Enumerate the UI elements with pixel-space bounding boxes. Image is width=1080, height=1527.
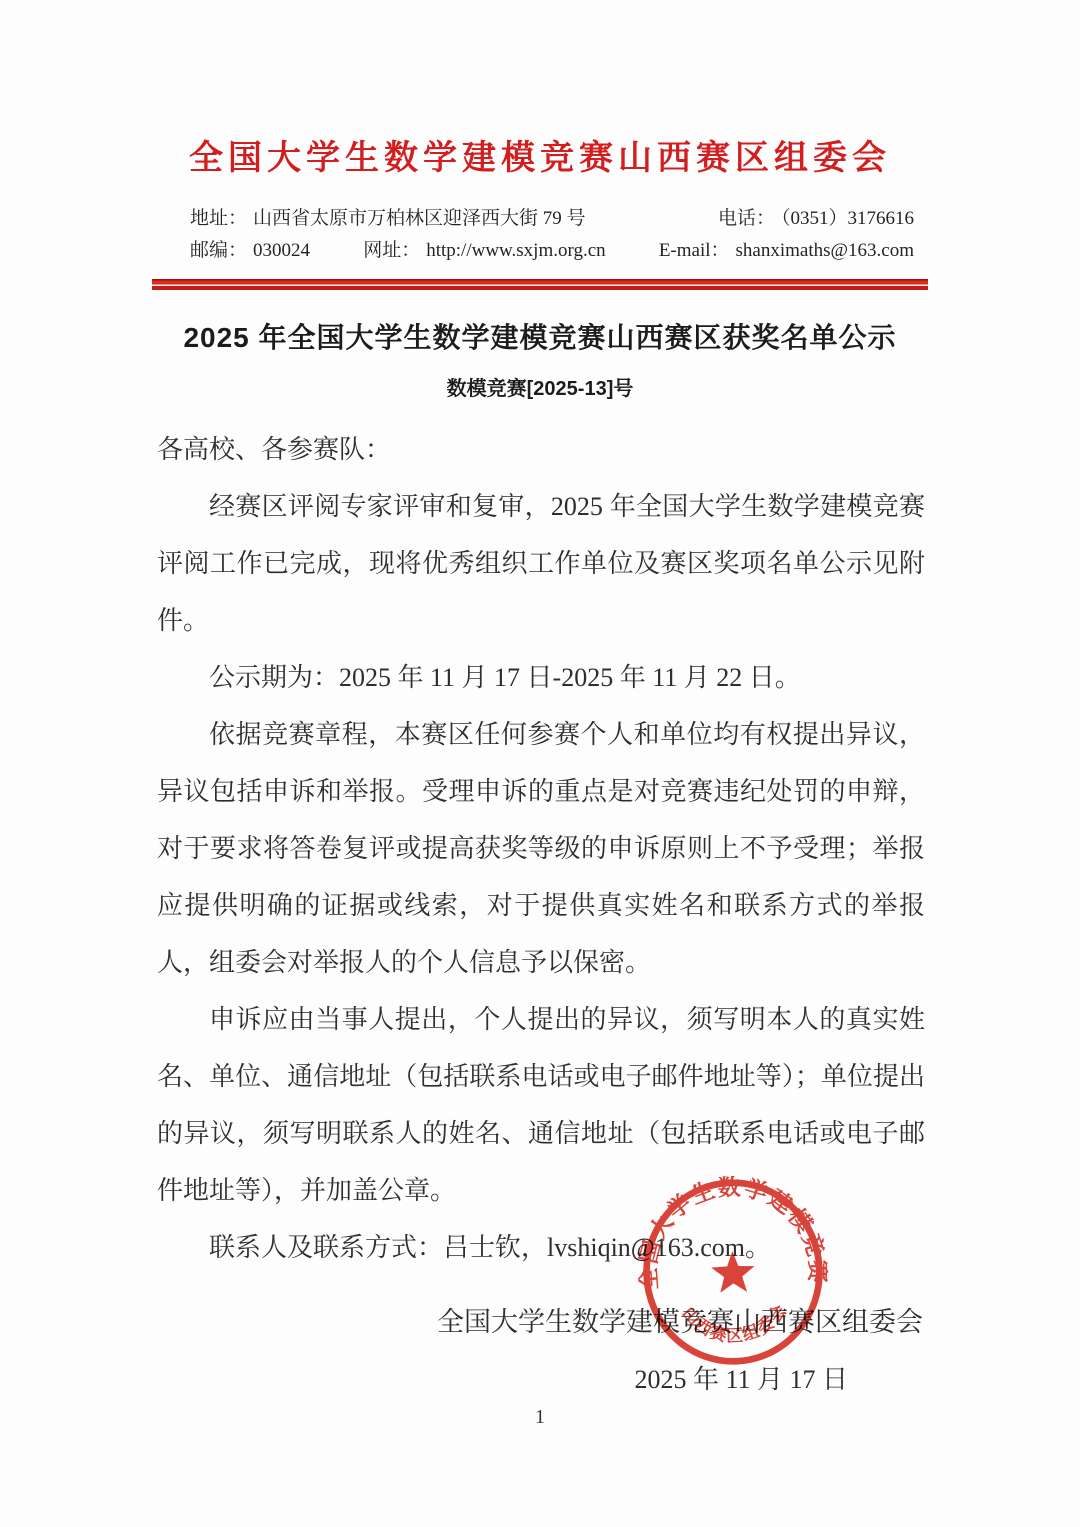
website-line: 网址：http://www.sxjm.org.cn (363, 235, 605, 267)
document-number: 数模竞赛[2025-13]号 (0, 372, 1080, 401)
org-title: 全国大学生数学建模竞赛山西赛区组委会 (0, 130, 1080, 179)
website-value: http://www.sxjm.org.cn (426, 240, 605, 261)
address-label: 地址： (190, 208, 247, 229)
document-body: 各高校、各参赛队： 经赛区评阅专家评审和复审，2025 年全国大学生数学建模竞赛… (157, 421, 925, 1276)
paragraph-objection-rules: 依据竞赛章程，本赛区任何参赛个人和单位均有权提出异议，异议包括申诉和举报。受理申… (157, 706, 925, 991)
paragraph-contact: 联系人及联系方式：吕士钦，lvshiqin@163.com。 (157, 1219, 925, 1276)
website-label: 网址： (363, 240, 420, 261)
signature-org: 全国大学生数学建模竞赛山西赛区组委会 (0, 1302, 1080, 1342)
postcode-label: 邮编： (190, 240, 247, 261)
contact-row-1: 地址：山西省太原市万柏林区迎泽西大街 79 号 电话：（0351）3176616 (190, 203, 914, 235)
address-value: 山西省太原市万柏林区迎泽西大街 79 号 (253, 208, 586, 229)
phone-value: （0351）3176616 (781, 208, 914, 229)
phone-line: 电话：（0351）3176616 (718, 203, 914, 235)
contact-info: 地址：山西省太原市万柏林区迎泽西大街 79 号 电话：（0351）3176616… (190, 203, 914, 267)
letterhead: 全国大学生数学建模竞赛山西赛区组委会 地址：山西省太原市万柏林区迎泽西大街 79… (0, 0, 1080, 290)
paragraph-review-result: 经赛区评阅专家评审和复审，2025 年全国大学生数学建模竞赛评阅工作已完成，现将… (157, 478, 925, 649)
email-label: E-mail： (659, 240, 730, 261)
salutation: 各高校、各参赛队： (157, 421, 925, 478)
letterhead-divider (152, 279, 928, 290)
email-value: shanximaths@163.com (736, 240, 914, 261)
contact-row-2: 邮编：030024 网址：http://www.sxjm.org.cn E-ma… (190, 235, 914, 267)
address-line: 地址：山西省太原市万柏林区迎泽西大街 79 号 (190, 203, 586, 235)
paragraph-publicity-period: 公示期为：2025 年 11 月 17 日-2025 年 11 月 22 日。 (157, 649, 925, 706)
paragraph-appeal-requirements: 申诉应由当事人提出，个人提出的异议，须写明本人的真实姓名、单位、通信地址（包括联… (157, 991, 925, 1219)
email-line: E-mail：shanximaths@163.com (659, 235, 914, 267)
phone-label: 电话： (718, 208, 775, 229)
signature-date: 2025 年 11 月 17 日 (0, 1360, 1080, 1400)
official-notice-page: 全国大学生数学建模竞赛山西赛区组委会 地址：山西省太原市万柏林区迎泽西大街 79… (0, 0, 1080, 1527)
postcode-line: 邮编：030024 (190, 235, 310, 267)
signature-block: 全国大学生数学建模竞赛山西赛区组委会 2025 年 11 月 17 日 (0, 1302, 1080, 1400)
document-title: 2025 年全国大学生数学建模竞赛山西赛区获奖名单公示 (0, 316, 1080, 356)
page-number: 1 (0, 1406, 1080, 1429)
postcode-value: 030024 (253, 240, 310, 261)
